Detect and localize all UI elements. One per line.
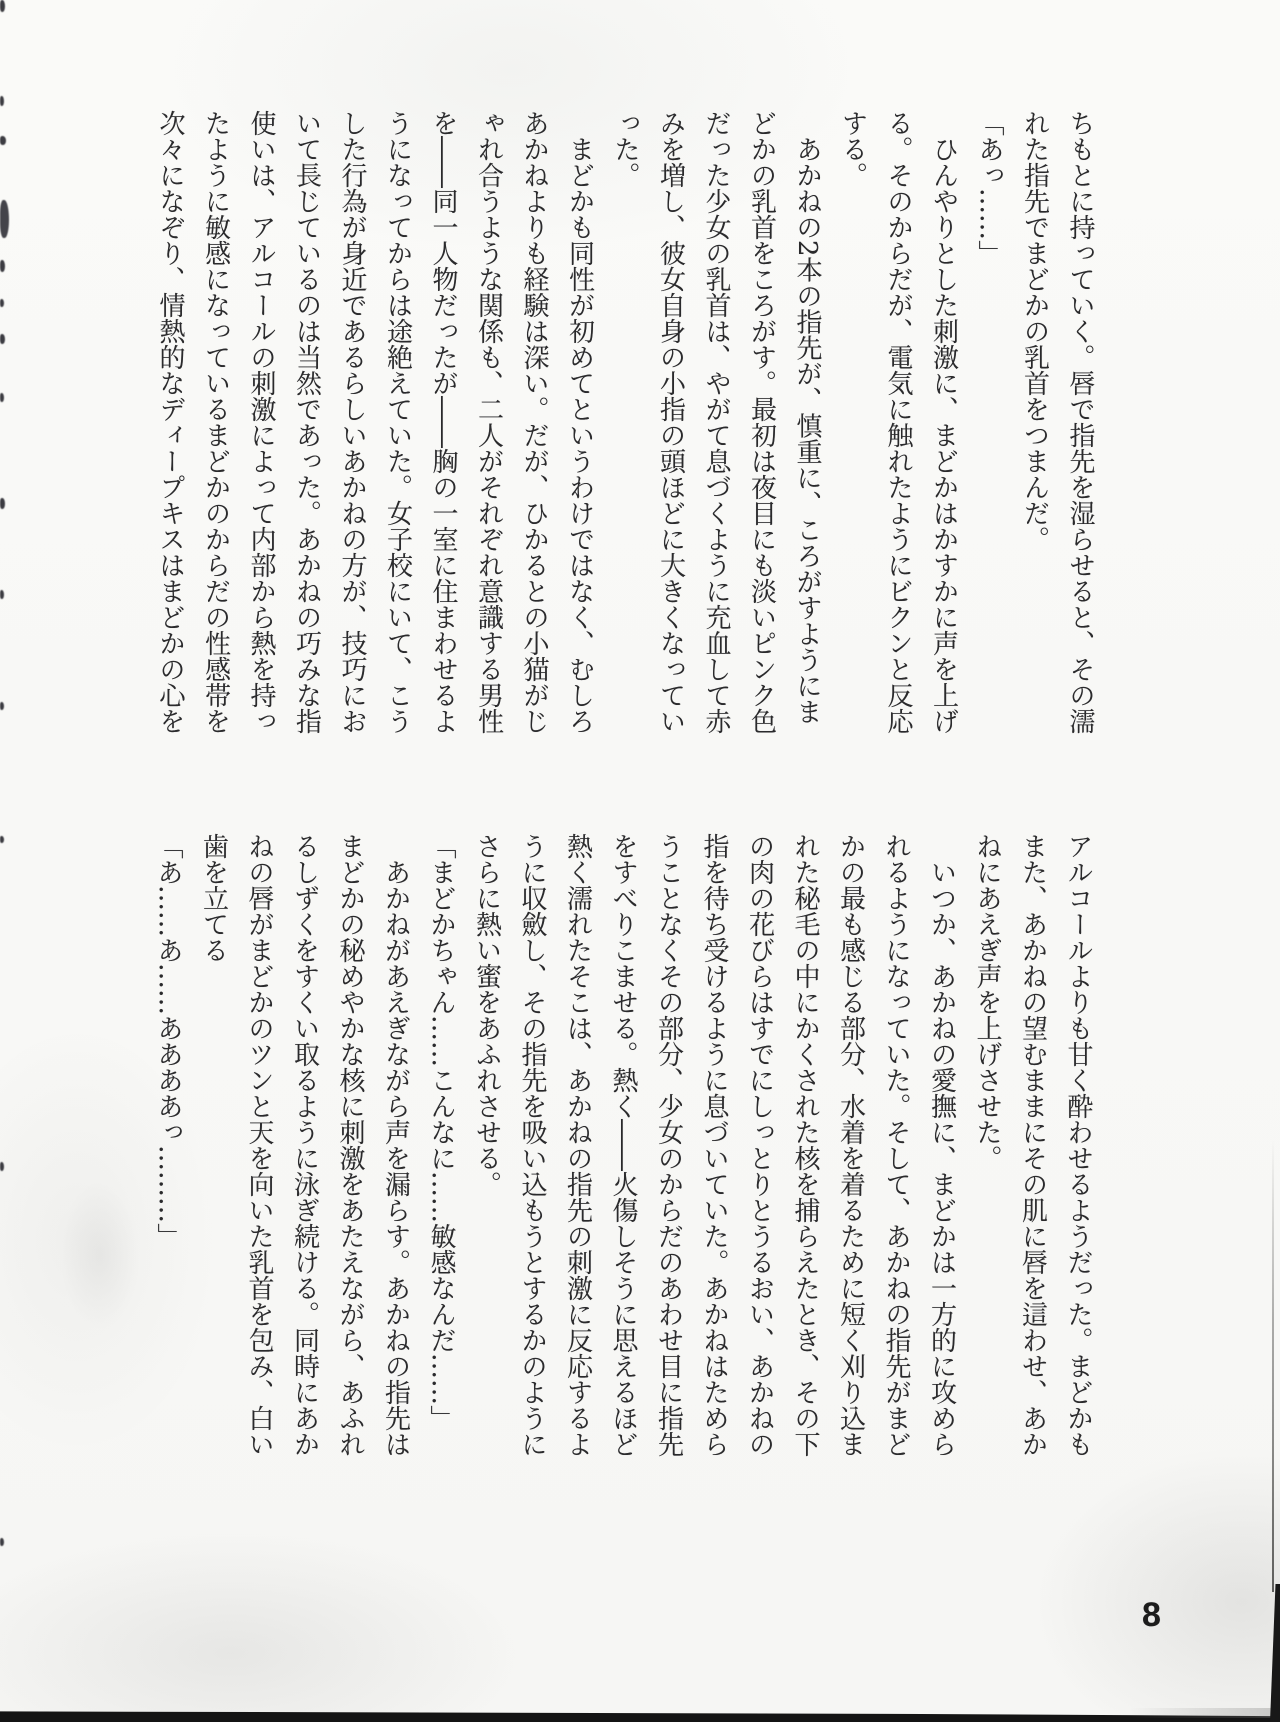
paragraph: 「あ……あ……ああああっ………」 xyxy=(145,833,191,1457)
paragraph: あかねがあえぎながら声を漏らす。あかねの指先はまどかの秘めやかな核に刺激をあたえ… xyxy=(190,833,418,1457)
paragraph: アルコールよりも甘く酔わせるようだった。まどかもまた、あかねの望むままにその肌に… xyxy=(964,833,1101,1457)
scan-speck xyxy=(0,393,4,402)
scan-edge-bottom xyxy=(0,1709,1280,1722)
scan-edge-line xyxy=(1272,1140,1274,1592)
scan-speck xyxy=(0,334,5,344)
scan-smudge xyxy=(60,1180,140,1330)
scan-speck xyxy=(0,0,5,12)
paragraph: 「まどかちゃん……こんなに……敏感なんだ……」 xyxy=(418,833,464,1457)
scan-edge-bottom-fade xyxy=(1130,1708,1280,1718)
paragraph: ひんやりとした刺激に、まどかはかすかに声を上げる。そのからだが、電気に触れたよう… xyxy=(829,110,966,734)
text-block-top: ちもとに持っていく。唇で指先を湿らせると、その濡れた指先でまどかの乳首をつまんだ… xyxy=(147,110,1103,734)
text-block-bottom: アルコールよりも甘く酔わせるようだった。まどかもまた、あかねの望むままにその肌に… xyxy=(145,833,1101,1457)
scan-speck xyxy=(0,702,4,710)
paragraph: あかねの2本の指先が、慎重に、ころがすようにまどかの乳首をころがす。最初は夜目に… xyxy=(602,110,830,734)
scan-edge-right xyxy=(1270,1584,1280,1722)
scan-speck xyxy=(0,590,4,599)
paragraph: 「あっ……」 xyxy=(966,110,1012,734)
scan-speck xyxy=(0,136,6,145)
scan-speck xyxy=(0,260,5,272)
scanned-page: ちもとに持っていく。唇で指先を湿らせると、その濡れた指先でまどかの乳首をつまんだ… xyxy=(0,0,1280,1722)
scan-speck xyxy=(0,1538,4,1546)
paragraph: ちもとに持っていく。唇で指先を湿らせると、その濡れた指先でまどかの乳首をつまんだ… xyxy=(1011,110,1102,734)
paragraph: まどかも同性が初めてというわけではなく、むしろあかねよりも経験は深い。だが、ひか… xyxy=(147,110,602,734)
scan-speck xyxy=(0,498,5,509)
scan-speck xyxy=(0,836,4,843)
paragraph: いつか、あかねの愛撫に、まどかは一方的に攻められるようになっていた。そして、あか… xyxy=(463,833,964,1457)
scan-speck xyxy=(0,200,9,238)
scan-speck xyxy=(0,96,4,106)
scan-speck xyxy=(0,1162,4,1171)
scan-speck xyxy=(0,299,4,307)
page-number: 8 xyxy=(1142,1596,1161,1635)
